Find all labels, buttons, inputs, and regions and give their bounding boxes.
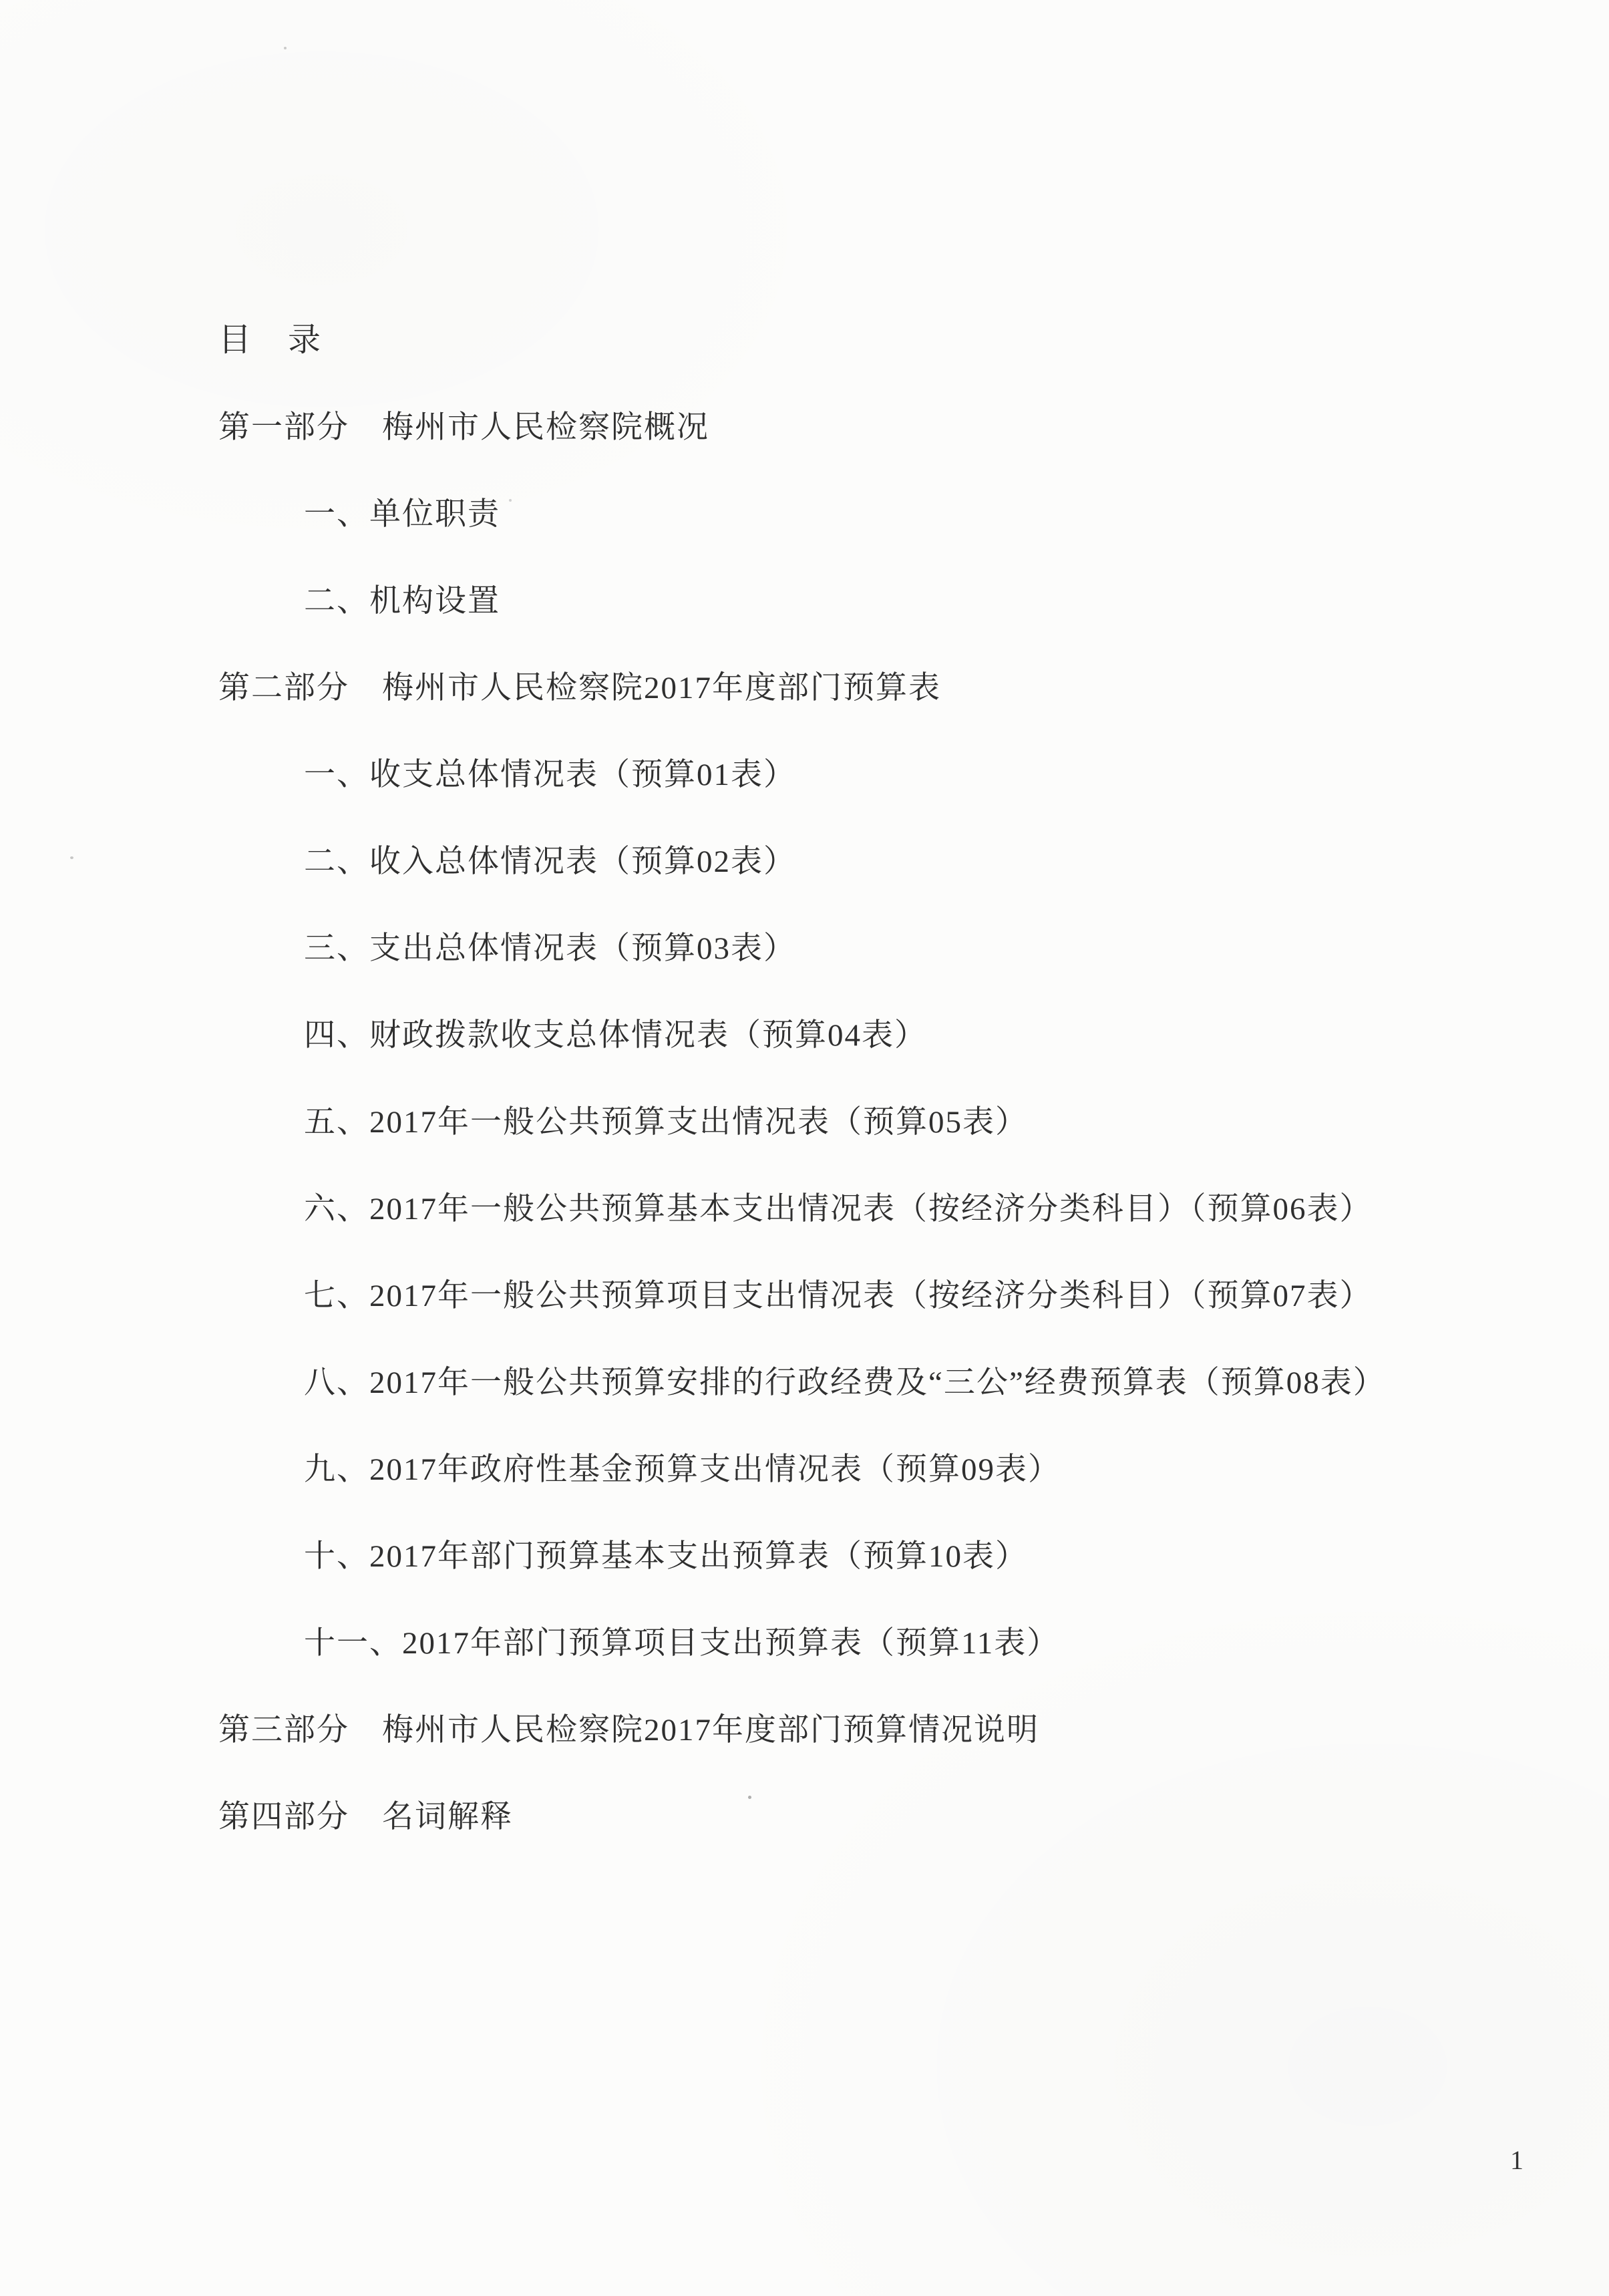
toc-entry: 一、收支总体情况表（预算01表）: [218, 728, 1386, 815]
toc-entry: 六、2017年一般公共预算基本支出情况表（按经济分类科目）（预算06表）: [218, 1162, 1386, 1249]
toc-entry: 三、支出总体情况表（预算03表）: [218, 902, 1386, 989]
scan-speck: [70, 856, 73, 859]
toc-entry-part-1: 第一部分 梅州市人民检察院概况: [218, 381, 1386, 468]
scan-speck: [509, 499, 512, 502]
toc-content: 目 录 第一部分 梅州市人民检察院概况 一、单位职责 二、机构设置 第二部分 梅…: [218, 294, 1386, 1857]
toc-entry: 九、2017年政府性基金预算支出情况表（预算09表）: [218, 1423, 1386, 1510]
toc-entry: 五、2017年一般公共预算支出情况表（预算05表）: [218, 1076, 1386, 1162]
toc-entry: 二、收入总体情况表（预算02表）: [218, 815, 1386, 902]
toc-entry-part-3: 第三部分 梅州市人民检察院2017年度部门预算情况说明: [218, 1683, 1386, 1770]
toc-entry: 一、单位职责: [218, 468, 1386, 554]
toc-entry-part-2: 第二部分 梅州市人民检察院2017年度部门预算表: [218, 641, 1386, 728]
toc-entry: 八、2017年一般公共预算安排的行政经费及“三公”经费预算表（预算08表）: [218, 1336, 1386, 1423]
toc-entry: 二、机构设置: [218, 554, 1386, 641]
toc-entry: 十、2017年部门预算基本支出预算表（预算10表）: [218, 1510, 1386, 1597]
scan-speck: [748, 1796, 751, 1799]
toc-entry: 四、财政拨款收支总体情况表（预算04表）: [218, 989, 1386, 1076]
toc-title: 目 录: [218, 294, 1386, 381]
page-number: 1: [1510, 2144, 1524, 2176]
scan-speck: [284, 47, 287, 49]
document-page: 目 录 第一部分 梅州市人民检察院概况 一、单位职责 二、机构设置 第二部分 梅…: [0, 0, 1609, 2296]
toc-entry-part-4: 第四部分 名词解释: [218, 1770, 1386, 1857]
toc-entry: 七、2017年一般公共预算项目支出情况表（按经济分类科目）（预算07表）: [218, 1249, 1386, 1336]
toc-entry: 十一、2017年部门预算项目支出预算表（预算11表）: [218, 1597, 1386, 1683]
